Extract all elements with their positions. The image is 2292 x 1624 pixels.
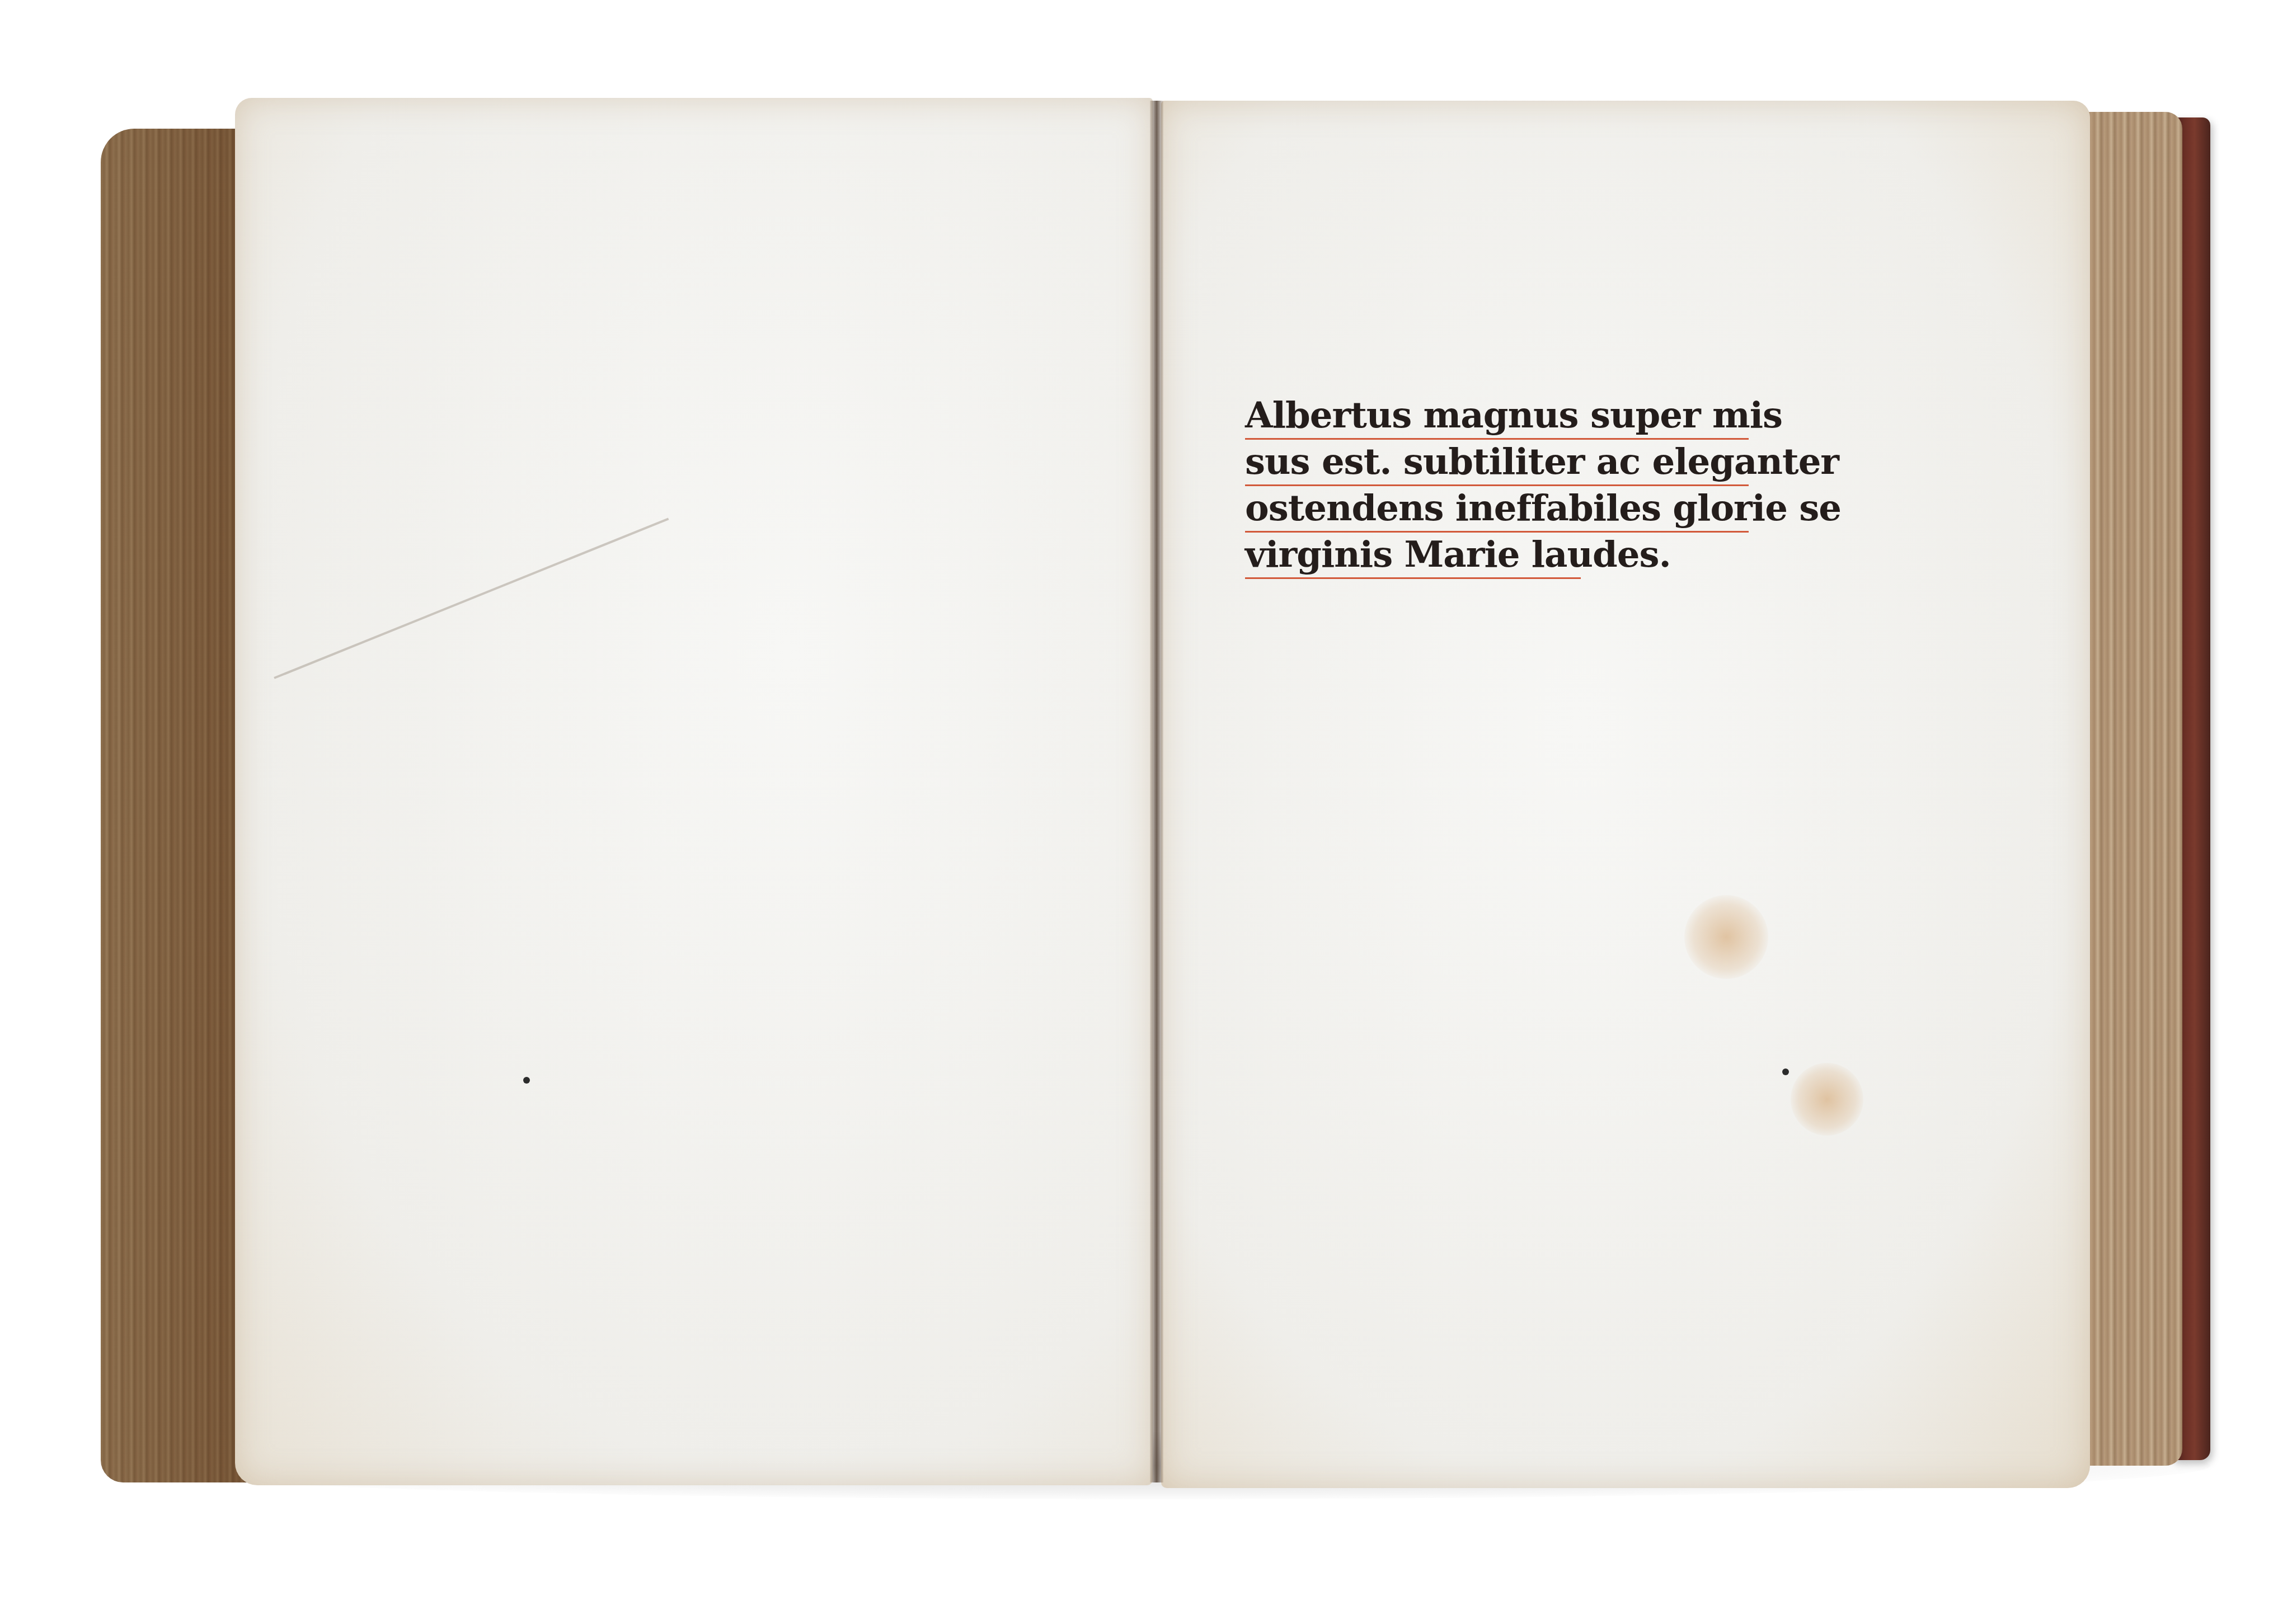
book-gutter <box>1150 101 1163 1482</box>
incipit-text-block: Albertus magnus super mis sus est. subti… <box>1245 394 1749 580</box>
incipit-line-4: virginis Marie laudes. <box>1245 534 1581 579</box>
wormhole-mark <box>1782 1068 1789 1075</box>
incipit-line-3: ostendens ineffabiles glorie se <box>1245 487 1749 533</box>
incipit-line-1: Albertus magnus super mis <box>1245 394 1749 440</box>
incipit-line-2: sus est. subtiliter ac eleganter <box>1245 441 1749 486</box>
left-page-verso <box>235 98 1153 1485</box>
open-book-photo: Albertus magnus super mis sus est. subti… <box>0 0 2292 1624</box>
wormhole-mark <box>523 1077 530 1084</box>
foxing-stain <box>1791 1063 1863 1136</box>
foxing-stain <box>1684 895 1768 979</box>
right-page-recto <box>1161 101 2090 1488</box>
